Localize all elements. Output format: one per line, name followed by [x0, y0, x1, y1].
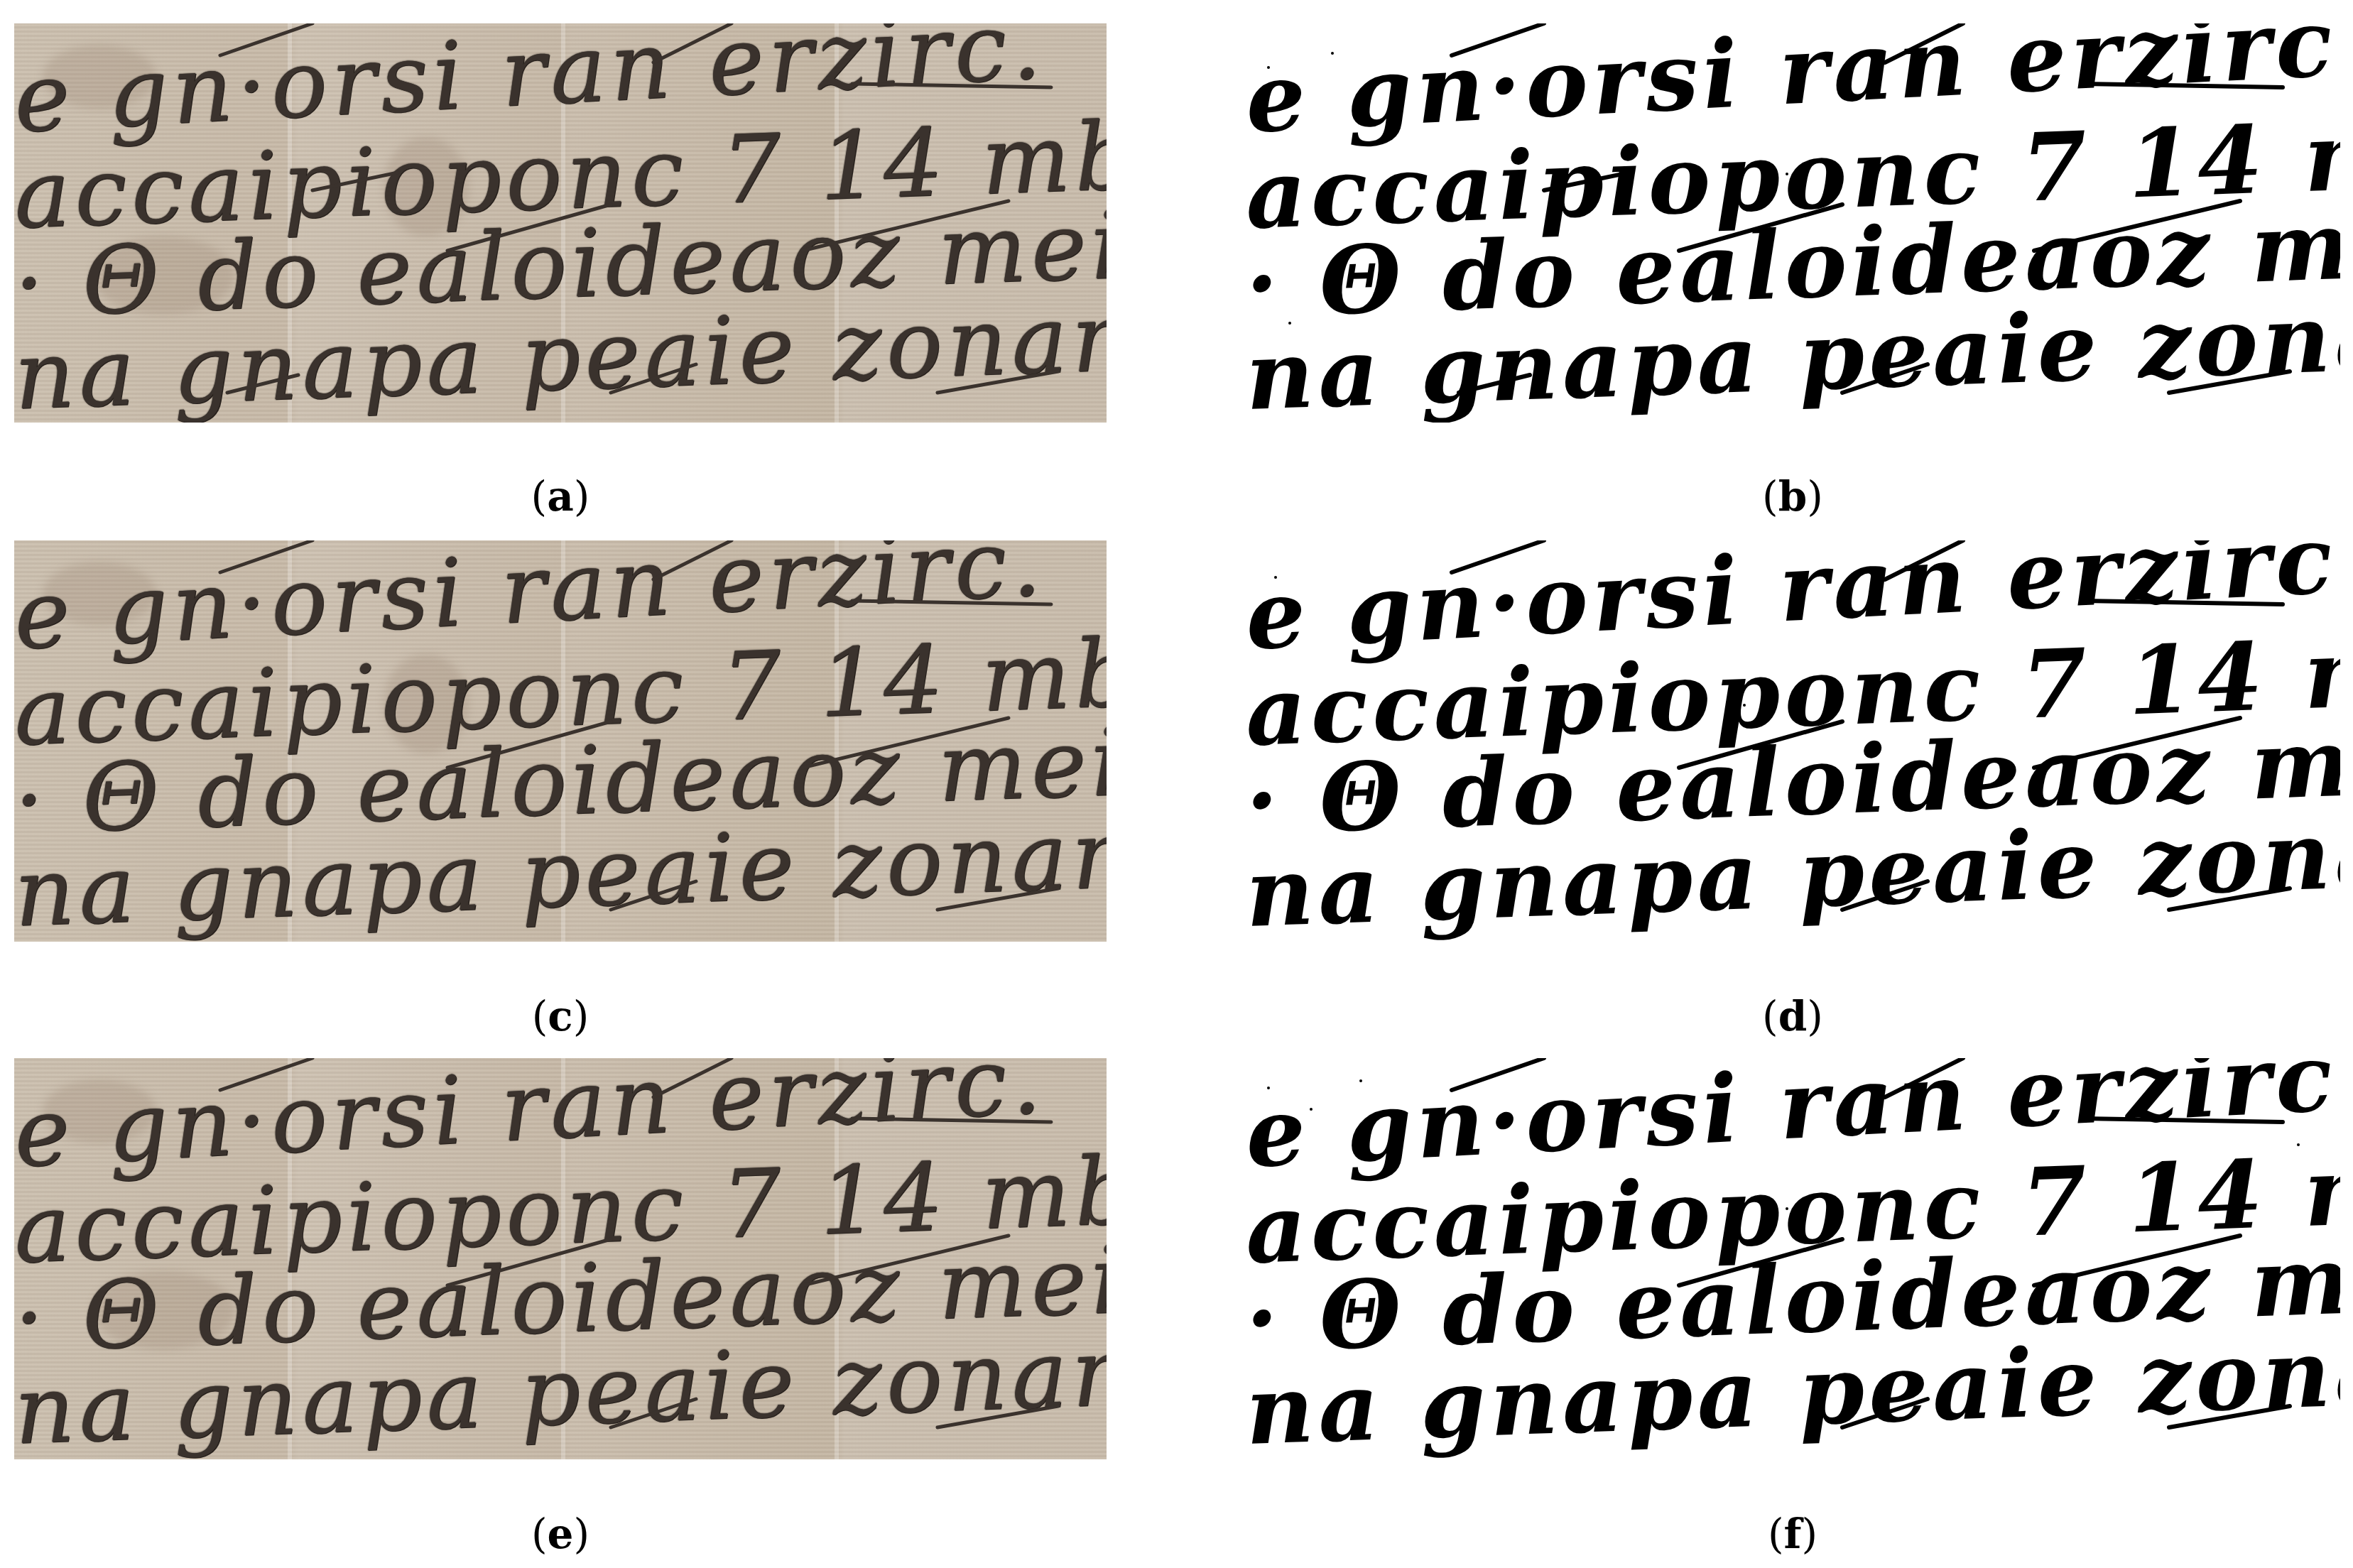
subfigure-label-e: (e): [531, 1510, 589, 1558]
subfigure-label-c: (c): [532, 992, 589, 1040]
ink-flourishes: [1246, 23, 2340, 423]
ink-flourishes: [14, 540, 1107, 942]
subfigure-label-b: (b): [1762, 472, 1823, 521]
subfigure-label-a: (a): [531, 472, 590, 521]
ink-flourishes: [14, 1058, 1107, 1459]
subfigure-label-d: (d): [1762, 992, 1823, 1040]
panel-d-image: e gn·orsi ran erzirc. accaipioponc 7 14 …: [1246, 540, 2340, 942]
panel-c-image: e gn·orsi ran erzirc. accaipioponc 7 14 …: [14, 540, 1107, 942]
panel-e-image: e gn·orsi ran erzirc. accaipioponc 7 14 …: [14, 1058, 1107, 1459]
subfigure-label-f: (f): [1768, 1510, 1817, 1558]
panel-b-image: e gn·orsi ran erzirc. accaipioponc 7 14 …: [1246, 23, 2340, 423]
panel-f-image: e gn·orsi ran erzirc. accaipioponc 7 14 …: [1246, 1058, 2340, 1459]
ink-flourishes: [1246, 540, 2340, 942]
ink-flourishes: [14, 23, 1107, 423]
ink-flourishes: [1246, 1058, 2340, 1459]
panel-a-image: e gn·orsi ran erzirc. accaipioponc 7 14 …: [14, 23, 1107, 423]
